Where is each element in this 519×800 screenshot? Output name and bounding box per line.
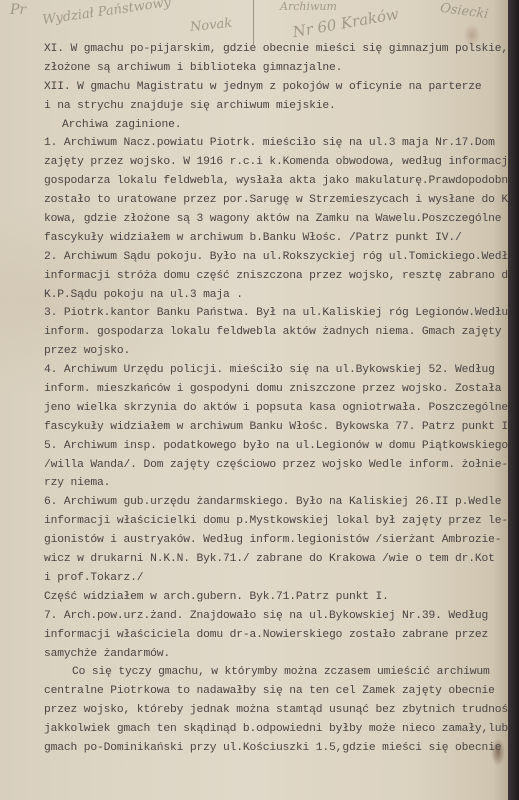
text-line: 2. Archiwum Sądu pokoju. Było na ul.Roks… [44, 248, 504, 267]
typewritten-body: XI. W gmachu po-pijarskim, gdzie obecnie… [44, 40, 504, 758]
text-line: 1. Archiwum Nacz.powiatu Piotrk. mieścił… [44, 134, 504, 153]
handwritten-note: Pr [10, 2, 26, 18]
section-heading: Archiwa zaginione. [44, 116, 504, 135]
text-line: i na strychu znajduje się archiwum miejs… [44, 97, 504, 116]
text-line: przez wojsko. [44, 342, 504, 361]
handwritten-note: Archiwum [280, 0, 337, 13]
text-line: gmach po-Dominikański przy ul.Kościuszki… [44, 739, 504, 758]
text-line: jakkolwiek gmach ten skądinąd b.odpowied… [44, 720, 504, 739]
text-line: inform. mieszkańców i gospodyni domu zni… [44, 380, 504, 399]
text-line: informacji stróża domu część zniszczona … [44, 267, 504, 286]
text-line: zajęty przez wojsko. W 1916 r.c.i k.Kome… [44, 153, 504, 172]
text-line: fascykuły widziałem w archiwum b.Banku W… [44, 229, 504, 248]
document-page: Pr Wydział Państwowy Novak Archiwum Nr 6… [0, 0, 508, 800]
text-line: XII. W gmachu Magistratu w jednym z poko… [44, 78, 504, 97]
text-line: i prof.Tokarz./ [44, 569, 504, 588]
text-line: fascykuły widziałem w archiwum Banku Wło… [44, 418, 504, 437]
text-line: informacji właścicielki domu p.Mystkowsk… [44, 512, 504, 531]
text-line: 7. Arch.pow.urz.żand. Znajdowało się na … [44, 607, 504, 626]
fold-mark [253, 0, 254, 45]
text-line: /willa Wanda/. Dom zajęty częściowo prze… [44, 456, 504, 475]
handwritten-note: Osiecki [439, 1, 489, 23]
handwritten-note: Novak [189, 16, 233, 35]
text-line: K.P.Sądu pokoju na ul.3 maja . [44, 286, 504, 305]
text-line: XI. W gmachu po-pijarskim, gdzie obecnie… [44, 40, 504, 59]
handwritten-note: Nr 60 Kraków [291, 5, 400, 41]
text-line: zostało to uratowane przez por.Sarugę w … [44, 191, 504, 210]
text-line: Część widziałem w arch.gubern. Byk.71.Pa… [44, 588, 504, 607]
text-line: 6. Archiwum gub.urzędu żandarmskiego. By… [44, 493, 504, 512]
text-line: 4. Archiwum Urzędu policji. mieściło się… [44, 361, 504, 380]
text-line: inform. gospodarza lokalu feldwebla aktó… [44, 323, 504, 342]
text-line: samychże żandarmów. [44, 645, 504, 664]
text-line: informacji właściciela domu dr-a.Nowiers… [44, 626, 504, 645]
text-line: jeno wielka skrzynia do aktów i popsuta … [44, 399, 504, 418]
text-line: rzy niema. [44, 474, 504, 493]
paragraph-start: Co się tyczy gmachu, w którymby można zc… [44, 663, 504, 682]
handwritten-note: Wydział Państwowy [42, 0, 172, 28]
scan-edge [508, 0, 519, 800]
text-line: gospodarza lokalu feldwebla, wysłała akt… [44, 172, 504, 191]
text-line: 5. Archiwum insp. podatkowego było na ul… [44, 437, 504, 456]
text-line: centralne Piotrkowa to nadawałby się na … [44, 682, 504, 701]
handwritten-annotations: Pr Wydział Państwowy Novak Archiwum Nr 6… [0, 0, 508, 40]
text-line: przez wojsko, któreby jednak można stamt… [44, 701, 504, 720]
text-line: gionistów i austryaków. Według inform.le… [44, 531, 504, 550]
text-line: kowa, gdzie złożone są 3 wagony aktów na… [44, 210, 504, 229]
text-line: wicz w drukarni N.K.N. Byk.71./ zabrane … [44, 550, 504, 569]
text-line: 3. Piotrk.kantor Banku Państwa. Był na u… [44, 304, 504, 323]
text-line: złożone są archiwum i biblioteka gimnazj… [44, 59, 504, 78]
